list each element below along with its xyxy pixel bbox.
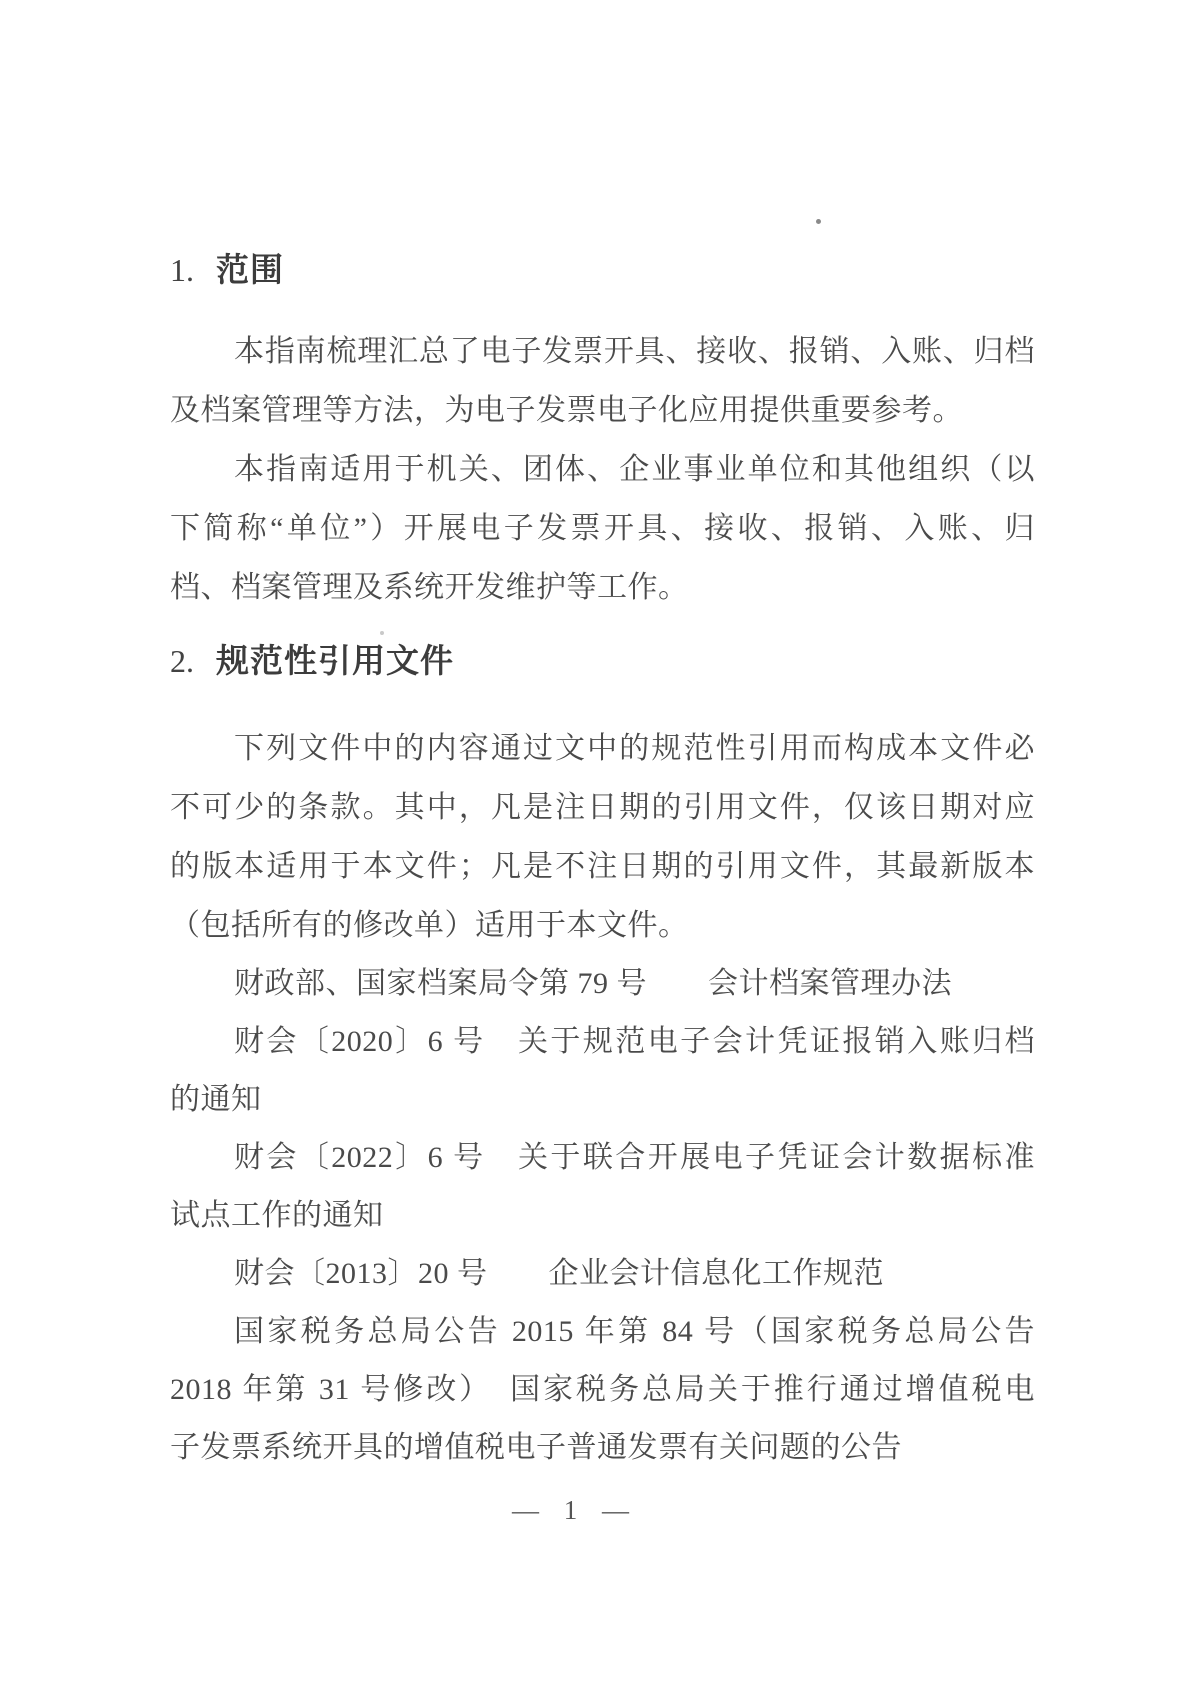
document-page: 1. 范围 本指南梳理汇总了电子发票开具、接收、报销、入账、归档 及档案管理等方…	[0, 0, 1191, 1684]
text-line: 财政部、国家档案局令第 79 号 会计档案管理办法	[170, 955, 1035, 1013]
text-line: 本指南适用于机关、团体、企业事业单位和其他组织（以	[170, 440, 1035, 499]
section-1-heading: 1. 范围	[170, 250, 1035, 290]
text-line: 及档案管理等方法，为电子发票电子化应用提供重要参考。	[170, 381, 1035, 440]
text-line: 档、档案管理及系统开发维护等工作。	[170, 558, 1035, 617]
page-number-footer: — 1 —	[170, 1490, 1035, 1530]
section-2-number: 2.	[170, 641, 194, 681]
reference-item: 财会〔2013〕20 号 企业会计信息化工作规范	[170, 1245, 1035, 1303]
text-line: 子发票系统开具的增值税电子普通发票有关问题的公告	[170, 1419, 1035, 1477]
text-line: 下列文件中的内容通过文中的规范性引用而构成本文件必	[170, 719, 1035, 778]
text-line: 财会〔2013〕20 号 企业会计信息化工作规范	[170, 1245, 1035, 1303]
text-line: 试点工作的通知	[170, 1187, 1035, 1245]
paragraph-scope-applicability: 本指南适用于机关、团体、企业事业单位和其他组织（以 下简称“单位”）开展电子发票…	[170, 440, 1035, 617]
reference-item: 国家税务总局公告 2015 年第 84 号（国家税务总局公告 2018 年第 3…	[170, 1303, 1035, 1477]
text-line: （包括所有的修改单）适用于本文件。	[170, 896, 1035, 955]
paragraph-normative-references-intro: 下列文件中的内容通过文中的规范性引用而构成本文件必 不可少的条款。其中，凡是注日…	[170, 719, 1035, 955]
text-line: 2018 年第 31 号修改） 国家税务总局关于推行通过增值税电	[170, 1361, 1035, 1419]
text-line: 不可少的条款。其中，凡是注日期的引用文件，仅该日期对应	[170, 778, 1035, 837]
section-1-number: 1.	[170, 250, 194, 290]
reference-item: 财会〔2022〕6 号 关于联合开展电子凭证会计数据标准 试点工作的通知	[170, 1129, 1035, 1245]
text-line: 的通知	[170, 1071, 1035, 1129]
text-line: 财会〔2020〕6 号 关于规范电子会计凭证报销入账归档	[170, 1013, 1035, 1071]
reference-item: 财政部、国家档案局令第 79 号 会计档案管理办法	[170, 955, 1035, 1013]
paragraph-scope-summary: 本指南梳理汇总了电子发票开具、接收、报销、入账、归档 及档案管理等方法，为电子发…	[170, 322, 1035, 440]
text-line: 下简称“单位”）开展电子发票开具、接收、报销、入账、归	[170, 499, 1035, 558]
text-line: 的版本适用于本文件；凡是不注日期的引用文件，其最新版本	[170, 837, 1035, 896]
section-2-heading: 2. 规范性引用文件	[170, 641, 1035, 681]
text-line: 财会〔2022〕6 号 关于联合开展电子凭证会计数据标准	[170, 1129, 1035, 1187]
scan-artifact-dot	[380, 631, 384, 635]
text-line: 国家税务总局公告 2015 年第 84 号（国家税务总局公告	[170, 1303, 1035, 1361]
reference-item: 财会〔2020〕6 号 关于规范电子会计凭证报销入账归档 的通知	[170, 1013, 1035, 1129]
scan-artifact-dot	[816, 219, 821, 224]
section-1-title: 范围	[216, 250, 284, 290]
section-2-title: 规范性引用文件	[216, 641, 454, 681]
text-line: 本指南梳理汇总了电子发票开具、接收、报销、入账、归档	[170, 322, 1035, 381]
